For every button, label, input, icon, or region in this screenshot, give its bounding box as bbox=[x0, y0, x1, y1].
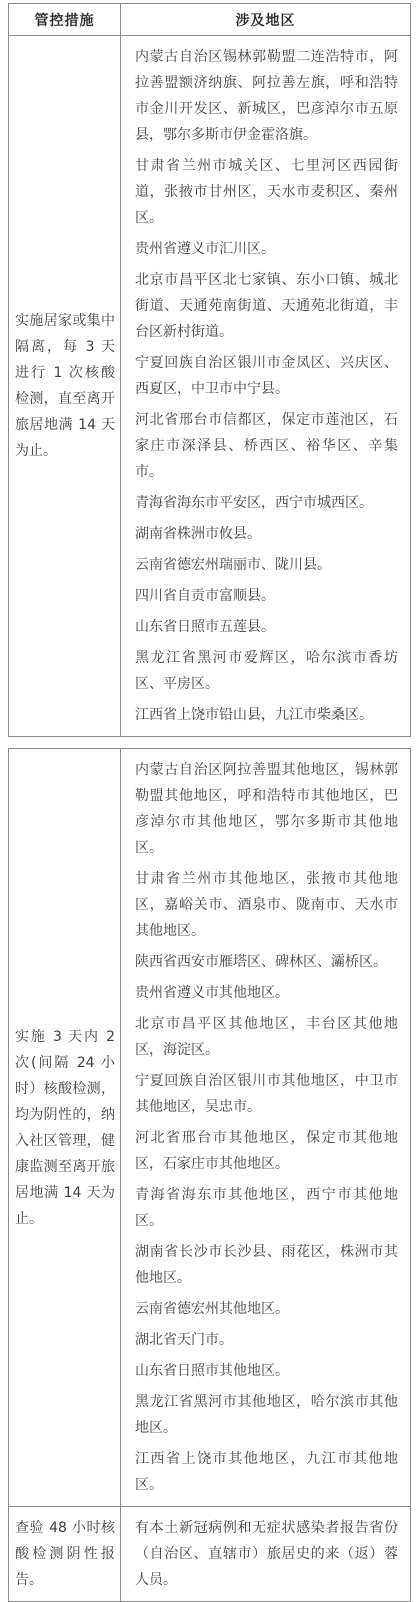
regions-cell-testing: 内蒙古自治区阿拉善盟其他地区，锡林郭勒盟其他地区，呼和浩特市其他地区，巴彦淖尔市… bbox=[121, 749, 411, 1507]
region-paragraph: 有本土新冠病例和无症状感染者报告省份（自治区、直辖市）旅居史的来（返）蓉人员。 bbox=[135, 1515, 398, 1593]
region-paragraph: 江西省上饶市其他地区，九江市其他地区。 bbox=[135, 1446, 398, 1498]
region-paragraph: 云南省德宏州其他地区。 bbox=[135, 1296, 398, 1322]
region-paragraph: 湖北省天门市。 bbox=[135, 1327, 398, 1353]
measure-cell-testing: 实施 3 天内 2 次(间隔 24 小时）核酸检测，均为阴性的，纳入社区管理，健… bbox=[9, 749, 121, 1507]
header-measures: 管控措施 bbox=[9, 4, 121, 36]
table-header-row: 管控措施 涉及地区 bbox=[9, 4, 411, 36]
region-paragraph: 内蒙古自治区阿拉善盟其他地区，锡林郭勒盟其他地区，呼和浩特市其他地区，巴彦淖尔市… bbox=[135, 757, 398, 861]
region-paragraph: 甘肃省兰州市其他地区，张掖市其他地区，嘉峪关市、酒泉市、陇南市、天水市其他地区。 bbox=[135, 866, 398, 944]
region-paragraph: 四川省自贡市富顺县。 bbox=[135, 583, 398, 609]
region-paragraph: 贵州省遵义市其他地区。 bbox=[135, 980, 398, 1006]
region-paragraph: 青海省海东市平安区，西宁市城西区。 bbox=[135, 490, 398, 516]
regions-cell-report-check: 有本土新冠病例和无症状感染者报告省份（自治区、直辖市）旅居史的来（返）蓉人员。 bbox=[121, 1507, 411, 1602]
region-paragraph: 宁夏回族自治区银川市金凤区、兴庆区、西夏区，中卫市中宁县。 bbox=[135, 350, 398, 402]
table-row: 实施 3 天内 2 次(间隔 24 小时）核酸检测，均为阴性的，纳入社区管理，健… bbox=[9, 749, 411, 1507]
region-paragraph: 山东省日照市其他地区。 bbox=[135, 1358, 398, 1384]
table-row: 查验 48 小时核酸检测阴性报告。 有本土新冠病例和无症状感染者报告省份（自治区… bbox=[9, 1507, 411, 1602]
region-paragraph: 湖南省长沙市长沙县、雨花区，株洲市其他地区。 bbox=[135, 1239, 398, 1291]
table-row: 实施居家或集中隔离，每 3 天进行 1 次核酸检测，直至离开旅居地满 14 天为… bbox=[9, 36, 411, 737]
measure-cell-quarantine: 实施居家或集中隔离，每 3 天进行 1 次核酸检测，直至离开旅居地满 14 天为… bbox=[9, 36, 121, 737]
control-measures-table-1: 管控措施 涉及地区 实施居家或集中隔离，每 3 天进行 1 次核酸检测，直至离开… bbox=[8, 3, 411, 737]
region-paragraph: 陕西省西安市雁塔区、碑林区、灞桥区。 bbox=[135, 949, 398, 975]
region-paragraph: 云南省德宏州瑞丽市、陇川县。 bbox=[135, 552, 398, 578]
region-paragraph: 山东省日照市五莲县。 bbox=[135, 614, 398, 640]
region-paragraph: 河北省邢台市信都区，保定市莲池区，石家庄市深泽县、桥西区、裕华区、辛集市。 bbox=[135, 407, 398, 485]
header-regions: 涉及地区 bbox=[121, 4, 411, 36]
region-paragraph: 北京市昌平区北七家镇、东小口镇、城北街道、天通苑南街道、天通苑北街道，丰台区新村… bbox=[135, 267, 398, 345]
regions-cell-quarantine: 内蒙古自治区锡林郭勒盟二连浩特市，阿拉善盟额济纳旗、阿拉善左旗，呼和浩特市金川开… bbox=[121, 36, 411, 737]
region-paragraph: 黑龙江省黑河市爱辉区，哈尔滨市香坊区、平房区。 bbox=[135, 645, 398, 697]
document-page: 管控措施 涉及地区 实施居家或集中隔离，每 3 天进行 1 次核酸检测，直至离开… bbox=[0, 0, 419, 1277]
control-measures-table-2: 实施 3 天内 2 次(间隔 24 小时）核酸检测，均为阴性的，纳入社区管理，健… bbox=[8, 748, 411, 1602]
region-paragraph: 河北省邢台市其他地区，保定市其他地区，石家庄市其他地区。 bbox=[135, 1125, 398, 1177]
region-paragraph: 湖南省株洲市攸县。 bbox=[135, 521, 398, 547]
region-paragraph: 黑龙江省黑河市其他地区，哈尔滨市其他地区。 bbox=[135, 1389, 398, 1441]
measure-cell-report-check: 查验 48 小时核酸检测阴性报告。 bbox=[9, 1507, 121, 1602]
region-paragraph: 甘肃省兰州市城关区、七里河区西园街道，张掖市甘州区，天水市麦积区、秦州区。 bbox=[135, 153, 398, 231]
region-paragraph: 宁夏回族自治区银川市其他地区，中卫市其他地区，吴忠市。 bbox=[135, 1068, 398, 1120]
region-paragraph: 贵州省遵义市汇川区。 bbox=[135, 236, 398, 262]
region-paragraph: 北京市昌平区其他地区，丰台区其他地区，海淀区。 bbox=[135, 1011, 398, 1063]
region-paragraph: 青海省海东市其他地区，西宁市其他地区。 bbox=[135, 1182, 398, 1234]
region-paragraph: 江西省上饶市铅山县，九江市柴桑区。 bbox=[135, 702, 398, 728]
region-paragraph: 内蒙古自治区锡林郭勒盟二连浩特市，阿拉善盟额济纳旗、阿拉善左旗，呼和浩特市金川开… bbox=[135, 44, 398, 148]
